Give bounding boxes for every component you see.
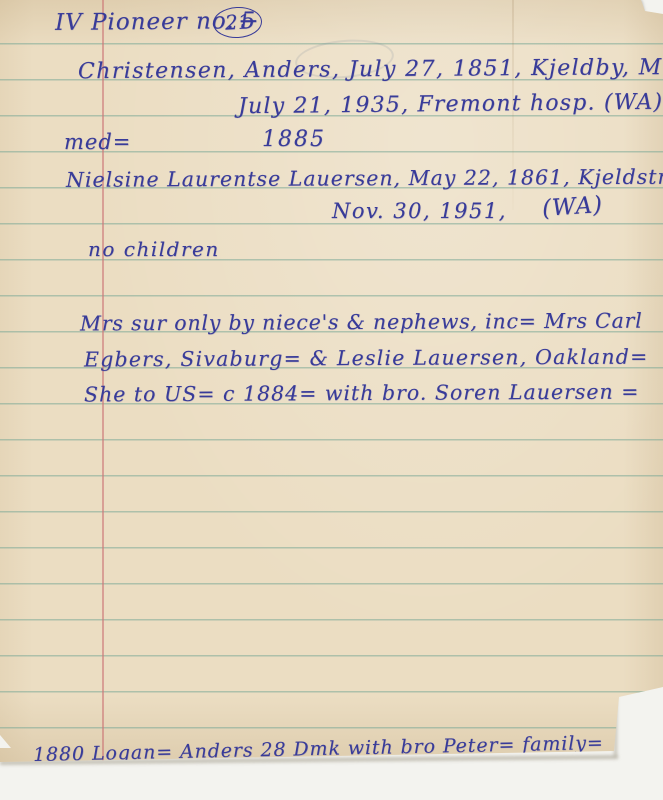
page-number-circle: 21 bbox=[212, 6, 263, 40]
series-label: IV Pioneer no. bbox=[55, 8, 235, 36]
name-line: Christensen, Anders, July 27, 1851, Kjel… bbox=[78, 55, 663, 84]
survivors-line-2: Egbers, Sivaburg= & Leslie Lauersen, Oak… bbox=[84, 345, 649, 372]
spouse-line: Nielsine Laurentse Lauersen, May 22, 186… bbox=[66, 164, 663, 192]
spouse-death-place: (WA) bbox=[541, 192, 604, 222]
spouse-death-date: Nov. 30, 1951, bbox=[332, 199, 507, 223]
notebook-page: IV Pioneer no.5 21 Christensen, Anders, … bbox=[0, 0, 663, 800]
marriage-year: 1885 bbox=[262, 127, 326, 152]
children-note: no children bbox=[88, 237, 220, 261]
page-scan: IV Pioneer no.5 21 Christensen, Anders, … bbox=[0, 0, 663, 800]
survivors-line-1: Mrs sur only by niece's & nephews, inc= … bbox=[80, 309, 643, 336]
marriage-label: med= bbox=[64, 130, 131, 154]
page-number: 21 bbox=[224, 9, 251, 34]
survivors-line-3: She to US= c 1884= with bro. Soren Lauer… bbox=[84, 380, 640, 407]
death-line: July 21, 1935, Fremont hosp. (WA) bbox=[238, 90, 663, 119]
